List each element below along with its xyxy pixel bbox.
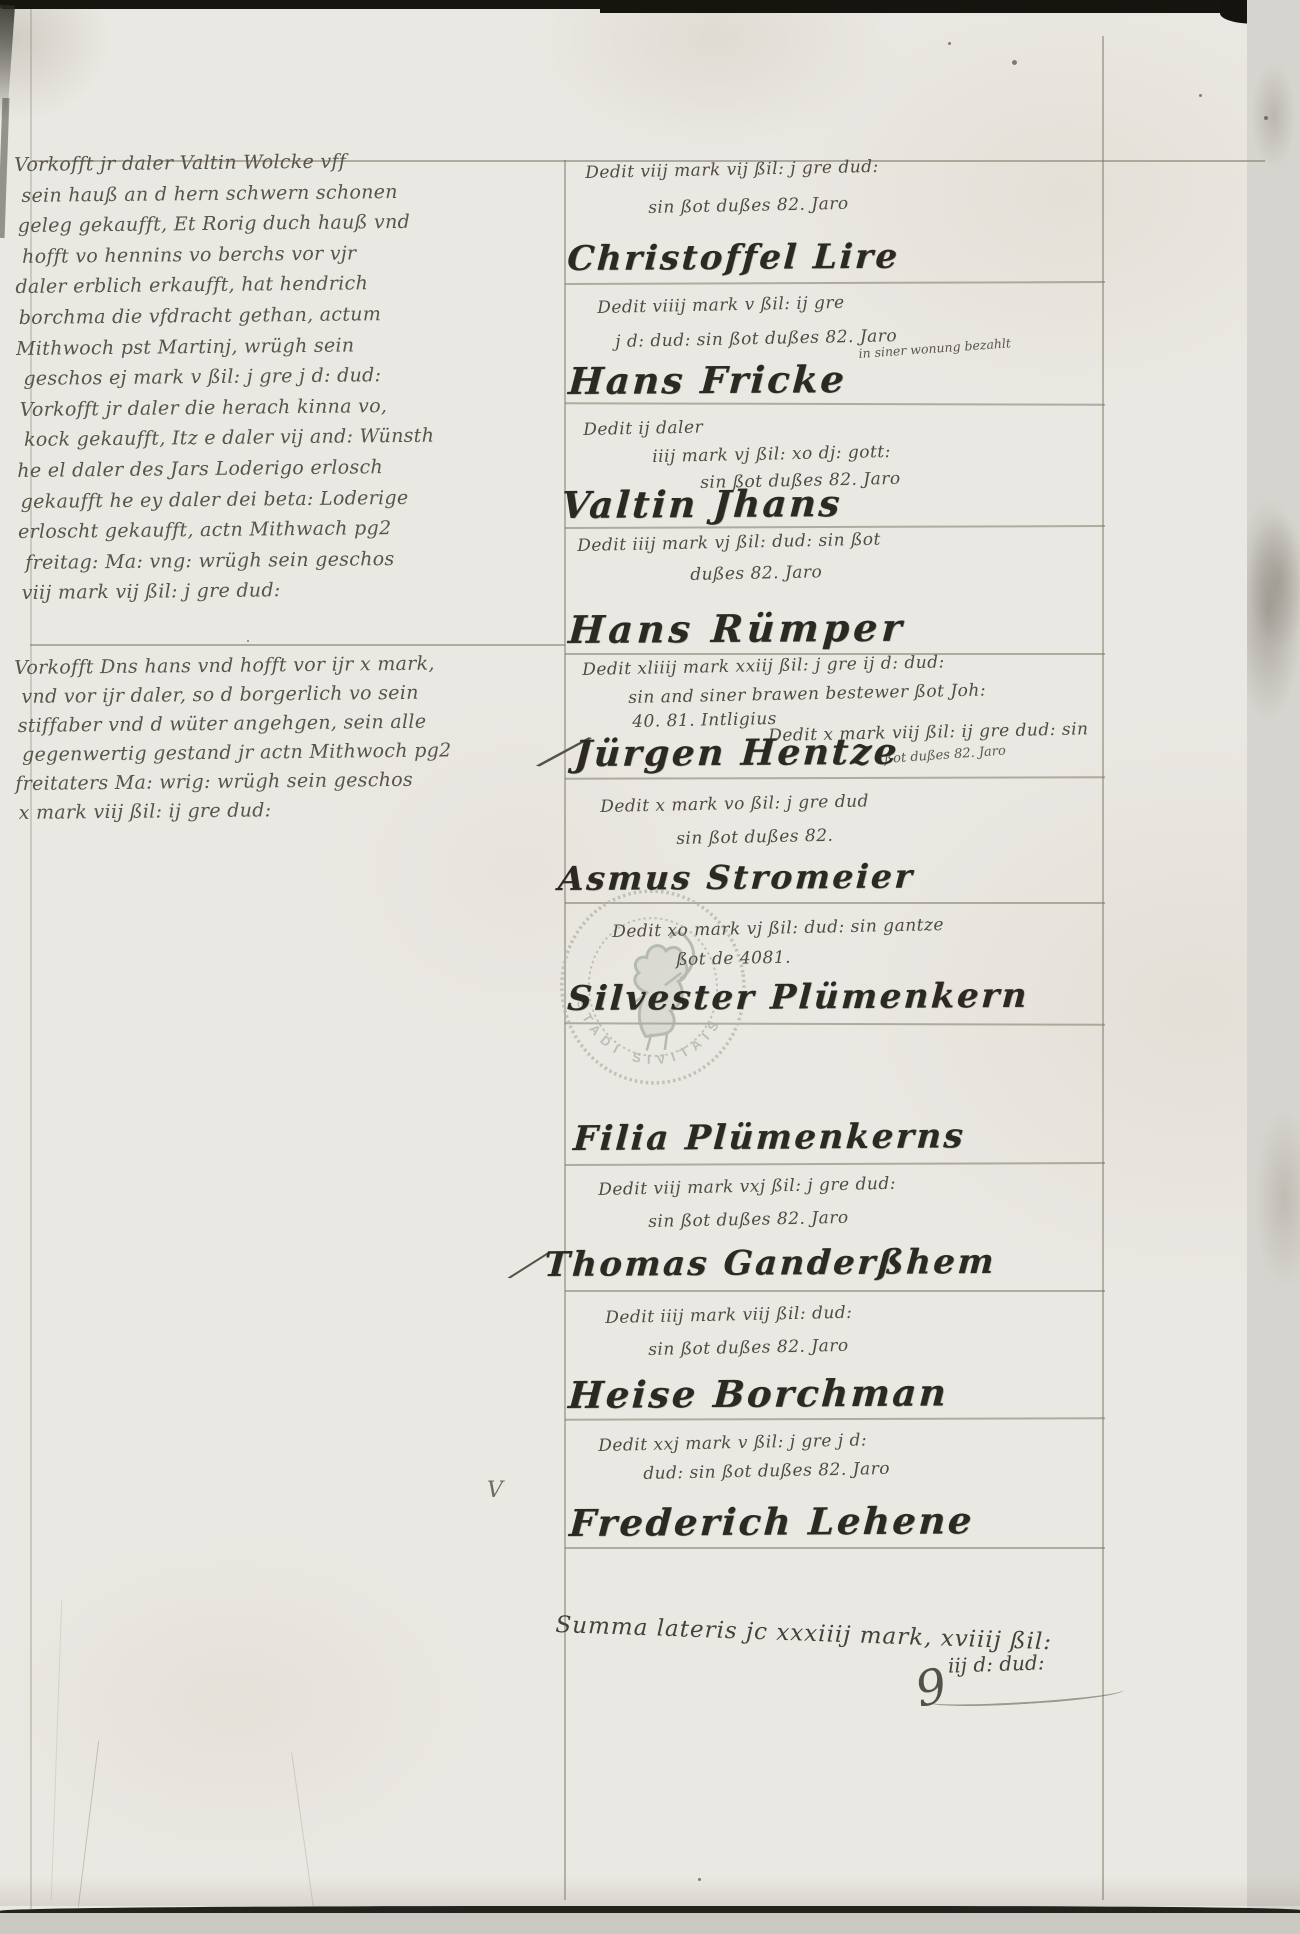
gutter-check-mark: V xyxy=(487,1478,503,1503)
speck xyxy=(698,1878,701,1881)
entry-note-line: sin ßot dußes 82. Jaro xyxy=(648,194,849,218)
entry-note-line: Dedit x mark vo ßil: j gre dud xyxy=(600,791,869,817)
entry-underline xyxy=(565,1290,1105,1292)
entry-note-line: j d: dud: sin ßot dußes 82. Jaro xyxy=(615,326,897,352)
entry-name: Jürgen Hentze xyxy=(573,730,901,777)
entry-note-line: Dedit viij mark vxj ßil: j gre dud: xyxy=(598,1174,896,1200)
torn-edge-streak xyxy=(0,98,9,238)
entry-underline xyxy=(565,281,1105,284)
entry-name: Heise Borchman xyxy=(567,1369,950,1418)
right-margin-rule xyxy=(1102,36,1104,1900)
entry-name: Hans Fricke xyxy=(567,356,848,404)
entry-underline xyxy=(565,1547,1105,1549)
speck xyxy=(247,640,249,642)
entry-note-line: iiij mark vj ßil: xo dj: gott: xyxy=(652,442,891,467)
entry-name: Asmus Stromeier xyxy=(557,856,916,900)
entry-note-line: Dedit iiij mark vj ßil: dud: sin ßot xyxy=(577,530,881,556)
crease-line xyxy=(51,1600,62,1900)
entry-note-line: Dedit iiij mark viij ßil: dud: xyxy=(605,1303,853,1328)
manuscript-line: viij mark vij ßil: j gre dud: xyxy=(21,573,570,609)
entry-note-line: Dedit xliiij mark xxiij ßil: j gre ij d:… xyxy=(582,652,945,680)
entry-underline xyxy=(565,1417,1105,1420)
left-text-block-2: Vorkofft Dns hans vnd hofft vor ijr x ma… xyxy=(14,648,574,828)
speck xyxy=(1199,94,1202,97)
page-top-edge-thick xyxy=(600,0,1300,13)
entry-note-line: sin and siner brawen bestewer ßot Joh: xyxy=(628,681,986,708)
scanner-background xyxy=(0,1913,1300,1934)
entry-side-note: ßot dußes 82. Jaro xyxy=(884,741,1045,767)
entry-name: Thomas Ganderßhem xyxy=(543,1241,997,1287)
entry-name: Filia Plümenkerns xyxy=(572,1115,967,1160)
speck xyxy=(1012,60,1017,65)
entry-note-line: dud: sin ßot dußes 82. Jaro xyxy=(643,1459,890,1484)
left-text-block-1: Vorkofft jr daler Valtin Wolcke vff sein… xyxy=(14,144,571,609)
entry-name: Frederich Lehene xyxy=(568,1497,975,1546)
summa-line-1: Summa lateris jc xxxiiij mark, xviiij ßi… xyxy=(555,1612,1052,1655)
entry-note-line: Dedit xxj mark v ßil: j gre j d: xyxy=(598,1430,867,1456)
page-right-edge xyxy=(1247,0,1300,1934)
entry-note-line: sin ßot dußes 82. Jaro xyxy=(648,1208,849,1232)
entry-name: Hans Rümper xyxy=(567,604,907,654)
manuscript-scan: STADI SIVITAIS Vorkofft jr daler Valtin … xyxy=(0,0,1300,1934)
summa-flourish: 9 xyxy=(911,1657,953,1718)
speck xyxy=(1264,116,1268,120)
summa-underline-swash xyxy=(928,1682,1125,1710)
entry-note-line: sin ßot dußes 82. xyxy=(676,826,834,849)
entry-name: Christoffel Lire xyxy=(566,236,901,281)
entry-name: Silvester Plümenkern xyxy=(566,975,1030,1021)
entry-note-line: Dedit ij daler xyxy=(583,417,703,440)
manuscript-line: x mark viij ßil: ij gre dud: xyxy=(19,793,574,828)
entry-underline xyxy=(565,776,1105,779)
speck xyxy=(948,42,951,45)
left-column-separator-rule xyxy=(30,644,565,646)
name-lead-flourish: ⟋ xyxy=(506,1238,545,1294)
entry-note-line: 40. 81. Intligius xyxy=(632,709,777,732)
entry-note-line: sin ßot dußes 82. Jaro xyxy=(648,1336,849,1360)
entry-underline xyxy=(565,1162,1105,1165)
bottom-shadow xyxy=(0,1876,1300,1906)
summa-line-2: iij d: dud: xyxy=(948,1650,1045,1677)
entry-note-line: dußes 82. Jaro xyxy=(690,562,823,585)
entry-name: Valtin Jhans xyxy=(560,480,843,528)
entry-note-line: Dedit viiij mark v ßil: ij gre xyxy=(597,293,845,318)
entry-note-line: ßot de 4081. xyxy=(676,948,791,970)
